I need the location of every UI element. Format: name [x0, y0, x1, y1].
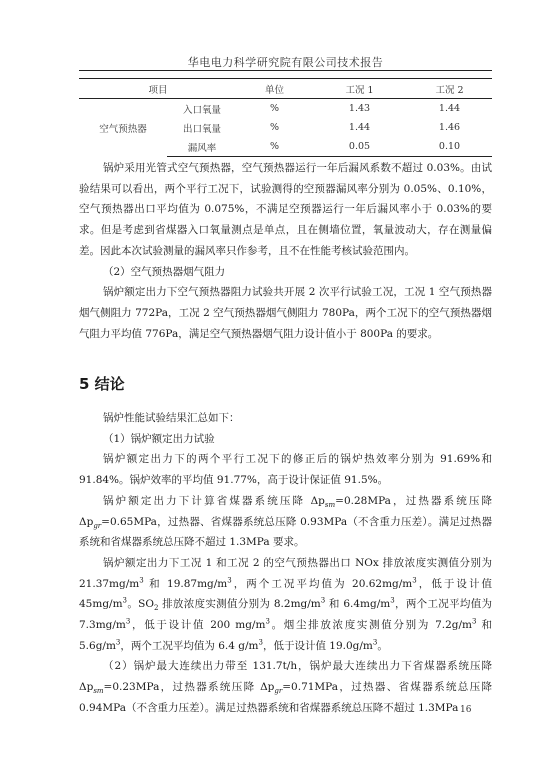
row-item: 漏风率	[167, 137, 237, 157]
subheading-flue-resistance: （2）空气预热器烟气阻力	[79, 262, 492, 283]
table-header-row: 项目 单位 工况 1 工况 2	[79, 79, 492, 99]
paragraph-air-leakage: 锅炉采用光管式空气预热器，空气预热器运行一年后漏风系数不超过 0.03%。由试验…	[79, 158, 492, 262]
table-row: 空气预热器 入口氧量 % 1.43 1.44	[79, 99, 492, 119]
column-header-case2: 工况 2	[407, 79, 492, 99]
row-unit: %	[237, 137, 312, 157]
row-case1: 0.05	[312, 137, 407, 157]
paragraph-emissions: 锅炉额定出力下工况 1 和工况 2 的空气预热器出口 NOx 排放浓度实测值分别…	[79, 553, 492, 657]
paragraph-efficiency: 锅炉额定出力下的两个平行工况下的修正后的锅炉热效率分别为 91.69%和 91.…	[79, 449, 492, 490]
subheading-rated-output: （1）锅炉额定出力试验	[79, 429, 492, 450]
header-divider	[79, 70, 492, 71]
column-header-case1: 工况 1	[312, 79, 407, 99]
conclusion-intro: 锅炉性能试验结果汇总如下：	[79, 408, 492, 429]
column-header-item: 项目	[79, 79, 237, 99]
column-header-unit: 单位	[237, 79, 312, 99]
section-conclusion: 锅炉性能试验结果汇总如下： （1）锅炉额定出力试验 锅炉额定出力下的两个平行工况…	[79, 408, 492, 719]
paragraph-max-output: （2）锅炉最大连续出力带至 131.7t/h，锅炉最大连续出力下省煤器系统压降 …	[79, 656, 492, 718]
row-case2: 1.44	[407, 99, 492, 119]
row-case1: 1.43	[312, 99, 407, 119]
air-preheater-table: 项目 单位 工况 1 工况 2 空气预热器 入口氧量 % 1.43 1.44 出…	[79, 78, 492, 157]
page-number: 16	[460, 705, 471, 715]
row-unit: %	[237, 99, 312, 119]
row-case2: 0.10	[407, 137, 492, 157]
row-unit: %	[237, 118, 312, 137]
row-case2: 1.46	[407, 118, 492, 137]
paragraph-flue-resistance: 锅炉额定出力下空气预热器阻力试验共开展 2 次平行试验工况，工况 1 空气预热器…	[79, 282, 492, 344]
section-air-leakage: 锅炉采用光管式空气预热器，空气预热器运行一年后漏风系数不超过 0.03%。由试验…	[79, 158, 492, 344]
row-item: 入口氧量	[167, 99, 237, 119]
row-case1: 1.44	[312, 118, 407, 137]
paragraph-pressure-drop: 锅炉额定出力下计算省煤器系统压降 Δpsm=0.28MPa，过热器系统压降 Δp…	[79, 491, 492, 553]
row-item: 出口氧量	[167, 118, 237, 137]
group-label: 空气预热器	[79, 99, 167, 157]
section-heading-conclusion: 5 结论	[79, 373, 125, 394]
report-header: 华电电力科学研究院有限公司技术报告	[79, 54, 492, 70]
